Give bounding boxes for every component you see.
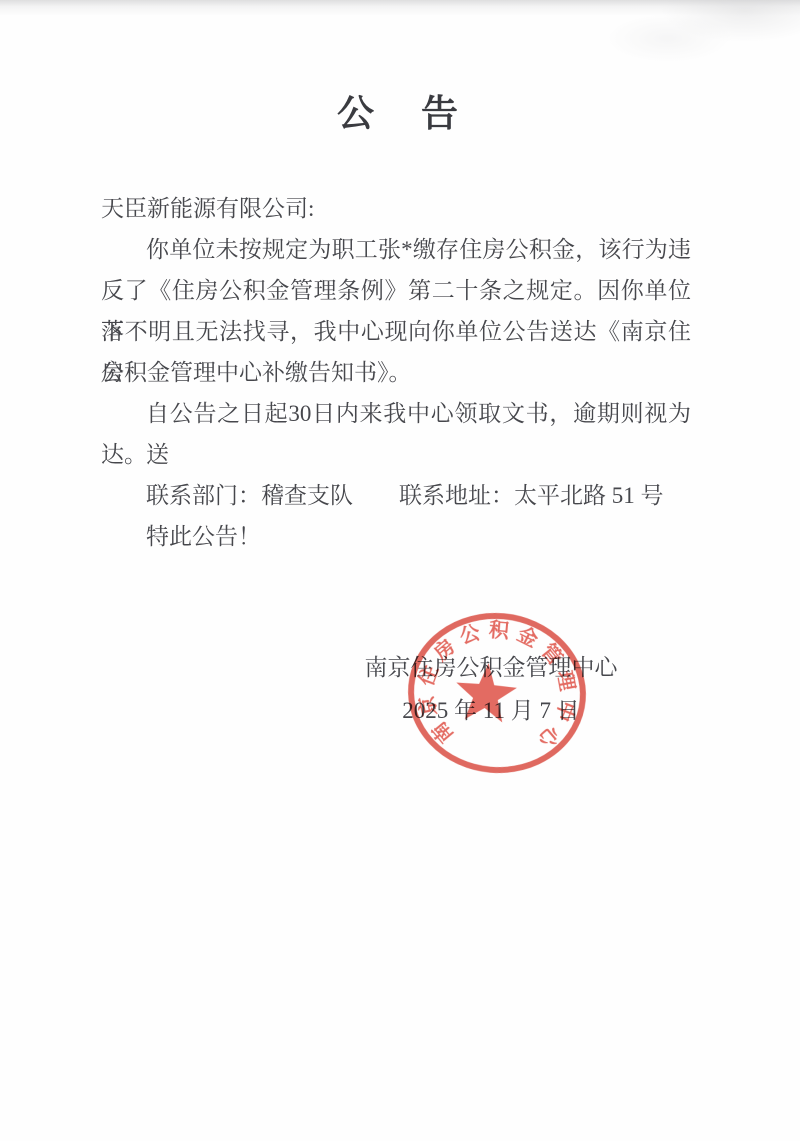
seal-ring-text-holder: 南京住房公积金管理中心: [408, 611, 587, 759]
official-seal: 南京住房公积金管理中心: [397, 601, 597, 785]
body-line: 落不明且无法找寻，我中心现向你单位公告送达《南京住房: [101, 311, 691, 352]
body-line: 反了《住房公积金管理条例》第二十条之规定。因你单位下: [101, 270, 691, 311]
recipient-line: 天臣新能源有限公司:: [101, 188, 691, 229]
body-line: 达。: [101, 434, 691, 475]
notice-page: 公 告 天臣新能源有限公司: 你单位未按规定为职工张*缴存住房公积金，该行为违 …: [0, 0, 800, 1141]
notice-body: 天臣新能源有限公司: 你单位未按规定为职工张*缴存住房公积金，该行为违 反了《住…: [101, 188, 691, 557]
body-line: 公积金管理中心补缴告知书》。: [101, 352, 691, 393]
closing-line: 特此公告！: [101, 516, 691, 557]
page-title: 公 告: [0, 90, 800, 138]
star-icon: [453, 661, 519, 724]
seal-ring-text: 南京住房公积金管理中心: [408, 611, 587, 759]
body-line: 你单位未按规定为职工张*缴存住房公积金，该行为违: [101, 229, 691, 270]
contact-line: 联系部门：稽查支队 联系地址：太平北路 51 号: [101, 475, 691, 516]
body-line: 自公告之日起30日内来我中心领取文书，逾期则视为送: [101, 393, 691, 434]
